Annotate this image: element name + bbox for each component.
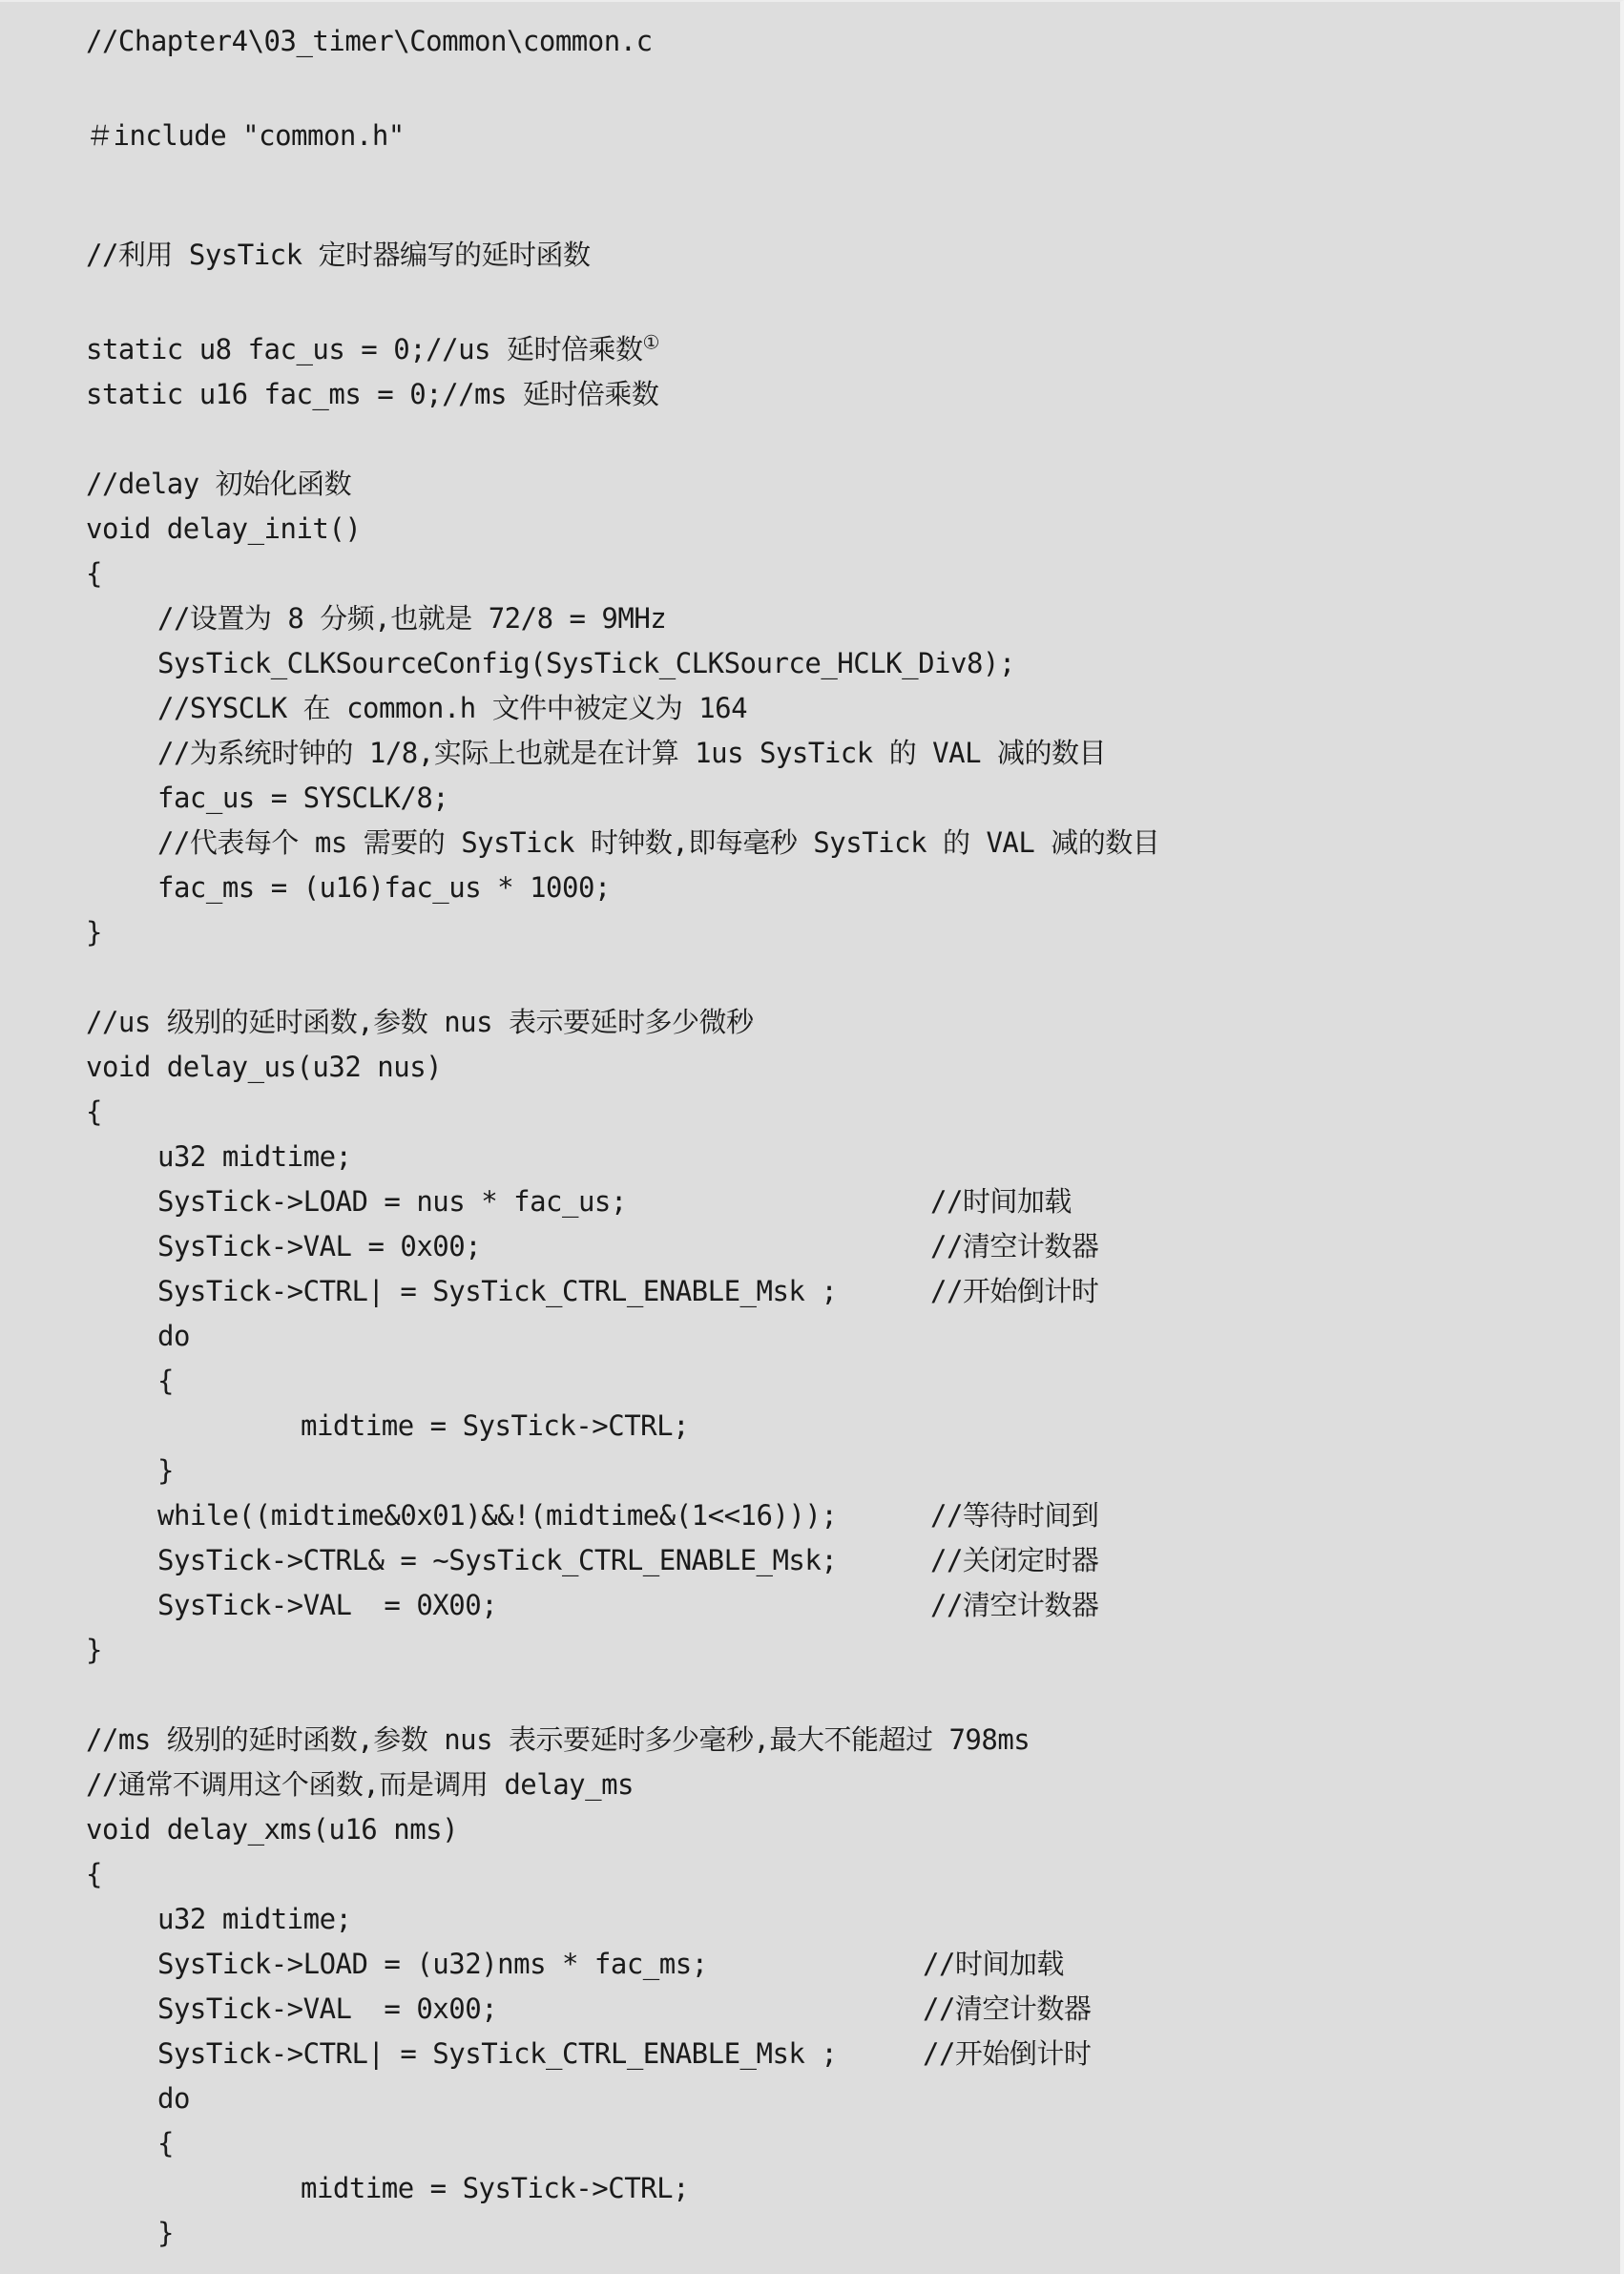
inline-comment: //等待时间到 [930, 1493, 1098, 1538]
code-line: //设置为 8 分频,也就是 72/8 = 9MHz [86, 596, 1159, 641]
include-directive: ＃include "common.h" [86, 114, 1159, 158]
code-line: //SYSCLK 在 common.h 文件中被定义为 164 [86, 686, 1159, 731]
code-line: u32 midtime; [86, 1135, 1159, 1179]
code-line: SysTick->CTRL& = ~SysTick_CTRL_ENABLE_Ms… [86, 1538, 1159, 1583]
inline-comment: //时间加载 [930, 1179, 1072, 1224]
open-brace: { [86, 552, 1159, 596]
code-line: do [86, 1314, 1159, 1359]
open-brace: { [86, 1852, 1159, 1897]
delay-xms-comment-2: //通常不调用这个函数,而是调用 delay_ms [86, 1763, 1159, 1807]
close-brace: } [86, 910, 1159, 955]
close-brace: } [86, 1628, 1159, 1673]
code-line: u32 midtime; [86, 1897, 1159, 1942]
code-line: SysTick_CLKSourceConfig(SysTick_CLKSourc… [86, 641, 1159, 686]
inline-comment: //关闭定时器 [930, 1538, 1098, 1583]
delay-xms-signature: void delay_xms(u16 nms) [86, 1807, 1159, 1852]
code-line: midtime = SysTick->CTRL; [86, 2166, 1159, 2211]
code-line: //代表每个 ms 需要的 SysTick 时钟数,即每毫秒 SysTick 的… [86, 821, 1159, 866]
code-line: SysTick->LOAD = nus * fac_us;//时间加载 [86, 1179, 1159, 1224]
delay-xms-comment: //ms 级别的延时函数,参数 nus 表示要延时多少毫秒,最大不能超过 798… [86, 1718, 1159, 1763]
static-var-fac-us: static u8 fac_us = 0;//us 延时倍乘数① [86, 327, 1159, 372]
open-brace: { [86, 1090, 1159, 1135]
open-brace: { [86, 1359, 1159, 1404]
code-page: //Chapter4\03_timer\Common\common.c ＃inc… [0, 0, 1624, 2274]
delay-init-comment: //delay 初始化函数 [86, 462, 1159, 507]
close-brace: } [86, 2211, 1159, 2256]
header-comment: //利用 SysTick 定时器编写的延时函数 [86, 233, 1159, 278]
code-line: SysTick->VAL = 0x00;//清空计数器 [86, 1987, 1159, 2032]
code-line: //为系统时钟的 1/8,实际上也就是在计算 1us SysTick 的 VAL… [86, 731, 1159, 776]
code-line: fac_us = SYSCLK/8; [86, 776, 1159, 821]
inline-comment: //开始倒计时 [930, 1269, 1098, 1314]
code-line: SysTick->VAL = 0x00;//清空计数器 [86, 1224, 1159, 1269]
file-path-comment: //Chapter4\03_timer\Common\common.c [86, 19, 1159, 64]
open-brace: { [86, 2121, 1159, 2166]
code-line: fac_ms = (u16)fac_us * 1000; [86, 866, 1159, 910]
static-var-fac-ms: static u16 fac_ms = 0;//ms 延时倍乘数 [86, 372, 1159, 417]
code-line: SysTick->CTRL| = SysTick_CTRL_ENABLE_Msk… [86, 1269, 1159, 1314]
inline-comment: //清空计数器 [930, 1583, 1098, 1628]
code-line: SysTick->LOAD = (u32)nms * fac_ms;//时间加载 [86, 1942, 1159, 1987]
inline-comment: //时间加载 [923, 1942, 1064, 1987]
delay-init-signature: void delay_init() [86, 507, 1159, 552]
footnote-marker: ① [642, 330, 658, 353]
inline-comment: //清空计数器 [923, 1987, 1091, 2032]
inline-comment: //开始倒计时 [923, 2032, 1091, 2076]
code-line: do [86, 2076, 1159, 2121]
inline-comment: //清空计数器 [930, 1224, 1098, 1269]
code-line: while((midtime&0x01)&&!(midtime&(1<<16))… [86, 1493, 1159, 1538]
delay-us-signature: void delay_us(u32 nus) [86, 1045, 1159, 1090]
close-brace: } [86, 1449, 1159, 1493]
code-line: SysTick->CTRL| = SysTick_CTRL_ENABLE_Msk… [86, 2032, 1159, 2076]
code-listing: //Chapter4\03_timer\Common\common.c ＃inc… [86, 19, 1159, 2256]
delay-us-comment: //us 级别的延时函数,参数 nus 表示要延时多少微秒 [86, 1000, 1159, 1045]
code-line: SysTick->VAL = 0X00;//清空计数器 [86, 1583, 1159, 1628]
code-line: midtime = SysTick->CTRL; [86, 1404, 1159, 1449]
